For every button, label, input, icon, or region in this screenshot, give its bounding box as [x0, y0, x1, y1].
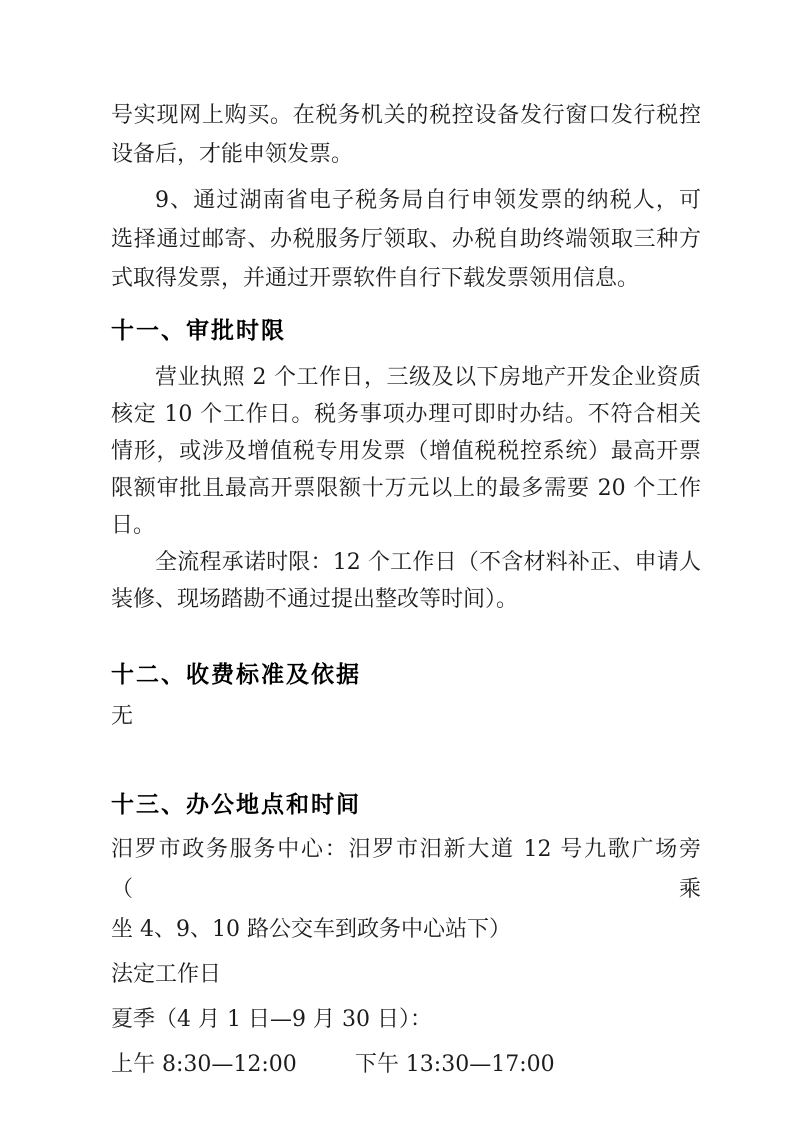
paragraph-summer-period: 夏季（4 月 1 日—9 月 30 日）： [111, 1000, 701, 1040]
section-heading-fee-standard: 十二、收费标准及依据 [111, 656, 701, 695]
body-line: 式取得发票，并通过开票软件自行下载发票领用信息。 [111, 259, 701, 298]
body-line: 9、通过湖南省电子税务局自行申领发票的纳税人，可 [111, 181, 701, 220]
paragraph-item-9: 9、通过湖南省电子税务局自行申领发票的纳税人，可 选择通过邮寄、办税服务厅领取、… [111, 181, 701, 298]
body-line: 无 [111, 697, 701, 736]
body-line: 限额审批且最高开票限额十万元以上的最多需要 20 个工作 [111, 470, 701, 507]
document-page: 号实现网上购买。在税务机关的税控设备发行窗口发行税控 设备后，才能申领发票。 9… [0, 0, 793, 1122]
body-line: 夏季（4 月 1 日—9 月 30 日）： [111, 1000, 701, 1040]
paragraph-legal-workdays: 法定工作日 [111, 955, 701, 995]
body-line: 装修、现场踏勘不通过提出整改等时间）。 [111, 581, 701, 618]
paragraph-office-hours: 上午 8:30—12:00 下午 13:30—17:00 [111, 1045, 701, 1085]
body-line: 日。 [111, 507, 701, 544]
office-hours-morning: 上午 8:30—12:00 [111, 1045, 297, 1085]
office-hours-afternoon: 下午 13:30—17:00 [355, 1045, 555, 1085]
section-heading-approval-time-limit: 十一、审批时限 [111, 312, 701, 351]
section-office-location: 十三、办公地点和时间 汨罗市政务服务中心：汨罗市汨新大道 12 号九歌广场旁（乘… [111, 786, 701, 1085]
body-line: 坐 4、9、10 路公交车到政务中心站下） [111, 910, 701, 950]
body-line: 汨罗市政务服务中心：汨罗市汨新大道 12 号九歌广场旁（乘 [111, 830, 701, 910]
body-line: 设备后，才能申领发票。 [111, 135, 701, 174]
body-line: 营业执照 2 个工作日，三级及以下房地产开发企业资质 [111, 359, 701, 396]
body-line: 号实现网上购买。在税务机关的税控设备发行窗口发行税控 [111, 96, 701, 135]
paragraph-address: 汨罗市政务服务中心：汨罗市汨新大道 12 号九歌广场旁（乘 坐 4、9、10 路… [111, 830, 701, 950]
body-line: 情形，或涉及增值税专用发票（增值税税控系统）最高开票 [111, 433, 701, 470]
body-line: 选择通过邮寄、办税服务厅领取、办税自助终端领取三种方 [111, 220, 701, 259]
section-heading-office-location: 十三、办公地点和时间 [111, 786, 701, 825]
body-line: 核定 10 个工作日。税务事项办理可即时办结。不符合相关 [111, 396, 701, 433]
body-line: 法定工作日 [111, 955, 701, 995]
paragraph-invoice-continuation: 号实现网上购买。在税务机关的税控设备发行窗口发行税控 设备后，才能申领发票。 [111, 96, 701, 174]
body-line: 全流程承诺时限：12 个工作日（不含材料补正、申请人 [111, 544, 701, 581]
paragraph-promise-time: 全流程承诺时限：12 个工作日（不含材料补正、申请人 装修、现场踏勘不通过提出整… [111, 544, 701, 618]
paragraph-approval-limits: 营业执照 2 个工作日，三级及以下房地产开发企业资质 核定 10 个工作日。税务… [111, 359, 701, 544]
paragraph-fee-none: 无 [111, 697, 701, 736]
